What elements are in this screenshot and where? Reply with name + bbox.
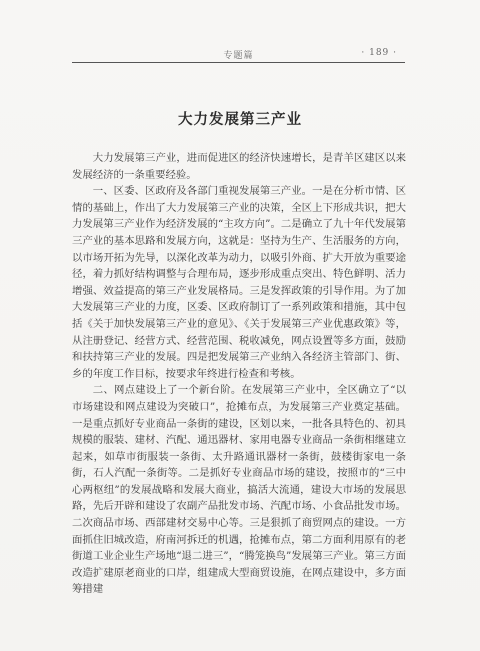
document-page: 专题篇 · 189 · 大力发展第三产业 大力发展第三产业，进而促进区的经济快速… [0, 0, 480, 651]
article-body: 大力发展第三产业，进而促进区的经济快速增长，是青羊区建区以来发展经济的一条重要经… [72, 150, 406, 598]
paragraph-section-2: 二、网点建设上了一个新台阶。在发展第三产业中，全区确立了“以市场建设和网点建设为… [72, 382, 406, 598]
article-title: 大力发展第三产业 [0, 108, 480, 129]
paragraph-intro: 大力发展第三产业，进而促进区的经济快速增长，是青羊区建区以来发展经济的一条重要经… [72, 150, 406, 183]
running-header: 专题篇 · 189 · [72, 48, 405, 63]
header-section-title: 专题篇 [72, 48, 405, 61]
paragraph-section-1: 一、区委、区政府及各部门重视发展第三产业。一是在分析市情、区情的基础上，作出了大… [72, 183, 406, 382]
page-number: · 189 · [361, 48, 397, 58]
